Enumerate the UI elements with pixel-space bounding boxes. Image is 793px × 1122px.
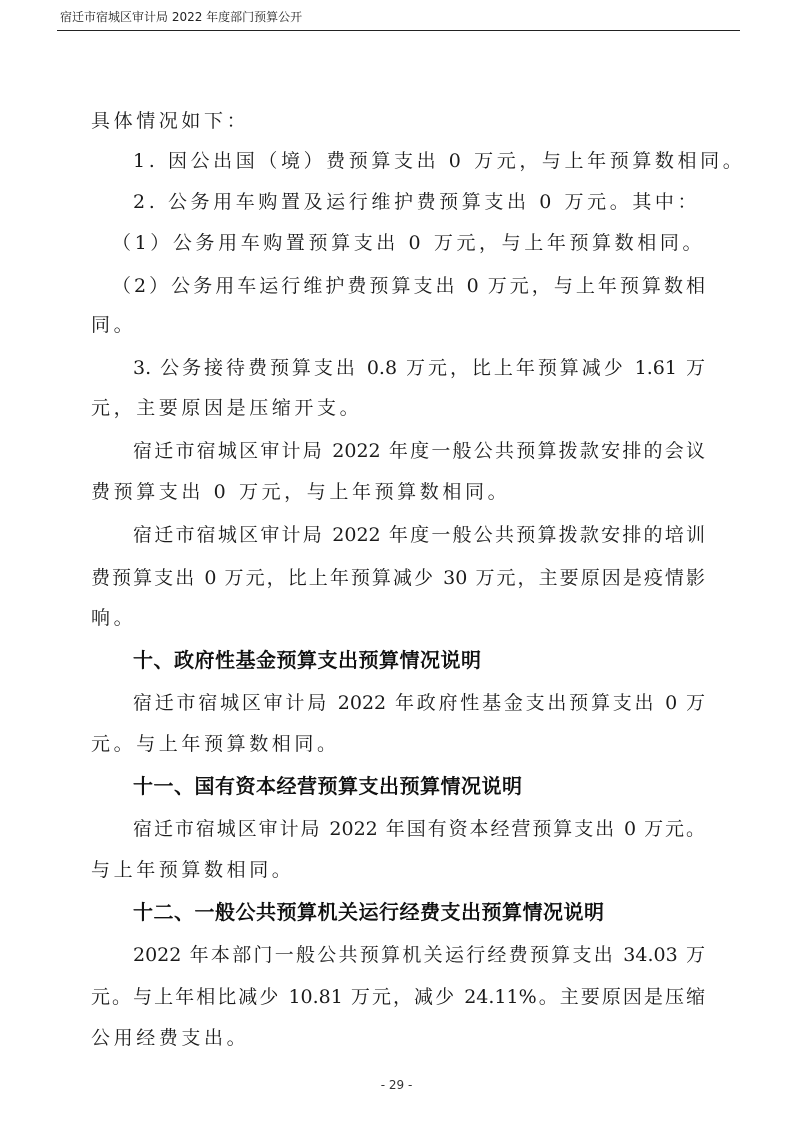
item-2-2-text-line-1: （2）公务用车运行维护费预算支出 0 万元，与上年预算数相: [112, 272, 705, 300]
section-heading-11: 十一、国有资本经营预算支出预算情况说明: [133, 771, 523, 801]
item-1-text: 1. 因公出国（境）费预算支出 0 万元，与上年预算数相同。: [133, 147, 705, 175]
item-2-1-text: （1）公务用车购置预算支出 0 万元，与上年预算数相同。: [112, 229, 705, 257]
item-3-text-line-1: 3. 公务接待费预算支出 0.8 万元，比上年预算减少 1.61 万: [133, 354, 705, 382]
item-2-text: 2. 公务用车购置及运行维护费预算支出 0 万元。其中：: [133, 188, 705, 216]
training-fee-text-line-2: 费预算支出 0 万元，比上年预算减少 30 万元，主要原因是疫情影: [91, 564, 705, 592]
training-fee-text-line-3: 响。: [91, 604, 705, 632]
page-number: - 29 -: [0, 1078, 793, 1092]
training-fee-text-line-1: 宿迁市宿城区审计局 2022 年度一般公共预算拨款安排的培训: [133, 521, 705, 549]
section-12-text-line-3: 公用经费支出。: [91, 1024, 705, 1052]
meeting-fee-text-line-1: 宿迁市宿城区审计局 2022 年度一般公共预算拨款安排的会议: [133, 437, 705, 465]
section-12-text-line-2: 元。与上年相比减少 10.81 万元，减少 24.11%。主要原因是压缩: [91, 983, 705, 1011]
header-divider: [57, 30, 740, 31]
meeting-fee-text-line-2: 费预算支出 0 万元，与上年预算数相同。: [91, 478, 705, 506]
section-10-text-line-1: 宿迁市宿城区审计局 2022 年政府性基金支出预算支出 0 万: [133, 689, 705, 717]
item-3-text-line-2: 元，主要原因是压缩开支。: [91, 394, 705, 422]
section-11-text-line-2: 与上年预算数相同。: [91, 856, 705, 884]
section-10-text-line-2: 元。与上年预算数相同。: [91, 730, 705, 758]
section-heading-12: 十二、一般公共预算机关运行经费支出预算情况说明: [133, 897, 605, 927]
intro-text: 具体情况如下：: [91, 107, 705, 135]
item-2-2-text-line-2: 同。: [91, 311, 705, 339]
section-heading-10: 十、政府性基金预算支出预算情况说明: [133, 645, 482, 675]
section-12-text-line-1: 2022 年本部门一般公共预算机关运行经费预算支出 34.03 万: [133, 941, 705, 969]
section-11-text-line-1: 宿迁市宿城区审计局 2022 年国有资本经营预算支出 0 万元。: [133, 815, 705, 843]
running-header: 宿迁市宿城区审计局 2022 年度部门预算公开: [60, 8, 302, 25]
